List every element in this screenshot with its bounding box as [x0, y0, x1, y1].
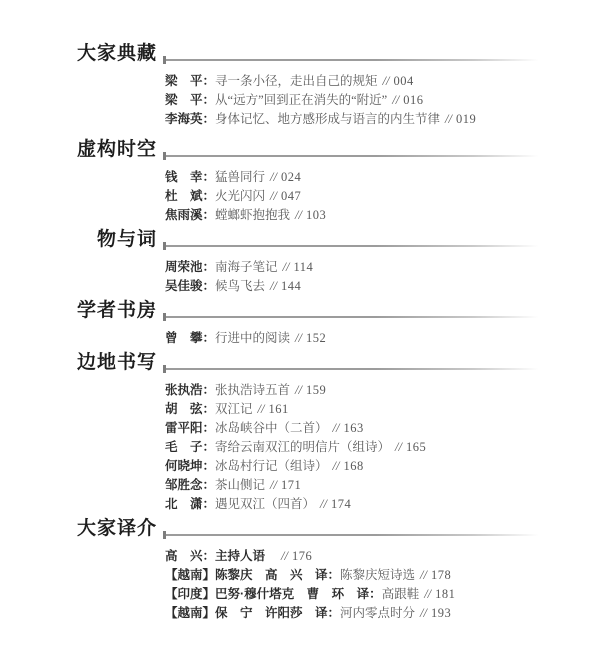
- entry-colon: ：: [203, 260, 216, 274]
- entry-separator: //: [445, 112, 452, 126]
- entry-colon: ：: [369, 587, 382, 601]
- entry-title: 寄给云南双江的明信片（组诗）: [215, 440, 390, 454]
- entry-title: 候鸟飞去: [215, 279, 265, 293]
- entry-author: 邹胜念: [165, 478, 203, 492]
- entry-page-number: 181: [435, 587, 455, 601]
- section-heading-row: 物与词: [75, 229, 607, 250]
- entry-colon: ：: [203, 383, 216, 397]
- toc-entry: 梁 平：从“远方”回到正在消失的“附近”//016: [165, 91, 607, 110]
- entry-title: 主持人语: [215, 549, 265, 563]
- entry-author: 雷平阳: [165, 421, 203, 435]
- entry-title: 南海子笔记: [215, 260, 278, 274]
- toc-entry: 何晓坤：冰岛村行记（组诗）//168: [165, 457, 607, 476]
- entry-page-number: 168: [344, 459, 364, 473]
- entry-colon: ：: [203, 170, 216, 184]
- section-heading-row: 边地书写: [75, 352, 607, 373]
- entry-page-number: 193: [431, 606, 451, 620]
- toc-entry: 高 兴：主持人语//176: [165, 547, 607, 566]
- entry-author: 北 潇: [165, 497, 203, 511]
- entry-title: 行进中的阅读: [215, 331, 290, 345]
- entry-separator: //: [270, 478, 277, 492]
- section-heading: 物与词: [75, 229, 157, 250]
- entry-author: 高 兴: [165, 549, 203, 563]
- section-heading-row: 大家典藏: [75, 43, 607, 64]
- entry-author: 李海英: [165, 112, 203, 126]
- entry-author: 梁 平: [165, 93, 203, 107]
- entry-separator: //: [283, 260, 290, 274]
- toc-entry: 【印度】巴努·穆什塔克 曹 环 译：高跟鞋//181: [165, 585, 607, 604]
- toc-entry: 【越南】保 宁 许阳莎 译：河内零点时分//193: [165, 604, 607, 623]
- toc-entry: 毛 子：寄给云南双江的明信片（组诗）//165: [165, 438, 607, 457]
- entry-separator: //: [281, 549, 288, 563]
- entry-colon: ：: [203, 497, 216, 511]
- entry-colon: ：: [203, 331, 216, 345]
- entry-page-number: 019: [456, 112, 476, 126]
- entry-separator: //: [395, 440, 402, 454]
- entry-page-number: 144: [281, 279, 301, 293]
- section-heading: 虚构时空: [75, 139, 157, 160]
- toc-entry: 钱 幸：猛兽同行//024: [165, 168, 607, 187]
- entry-author: 【印度】巴努·穆什塔克 曹 环 译: [165, 587, 369, 601]
- toc-entry: 胡 弦：双江记//161: [165, 400, 607, 419]
- entry-page-number: 163: [344, 421, 364, 435]
- toc-entry: 杜 斌：火光闪闪//047: [165, 187, 607, 206]
- section-entry-list: 高 兴：主持人语//176【越南】陈黎庆 高 兴 译：陈黎庆短诗选//178【印…: [75, 547, 607, 623]
- section-entry-list: 梁 平：寻一条小径，走出自己的规矩//004梁 平：从“远方”回到正在消失的“附…: [75, 72, 607, 129]
- entry-page-number: 103: [306, 208, 326, 222]
- section-heading: 大家典藏: [75, 43, 157, 64]
- toc-entry: 曾 攀：行进中的阅读//152: [165, 329, 607, 348]
- section-heading: 大家译介: [75, 518, 157, 539]
- section-entry-list: 张执浩：张执浩诗五首//159胡 弦：双江记//161雷平阳：冰岛峡谷中（二首）…: [75, 381, 607, 514]
- entry-colon: ：: [203, 93, 216, 107]
- section-entry-list: 周荣池：南海子笔记//114吴佳骏：候鸟飞去//144: [75, 258, 607, 296]
- toc-section: 边地书写张执浩：张执浩诗五首//159胡 弦：双江记//161雷平阳：冰岛峡谷中…: [75, 352, 607, 514]
- toc-entry: 北 潇：遇见双江（四首）//174: [165, 495, 607, 514]
- entry-colon: ：: [203, 279, 216, 293]
- entry-author: 毛 子: [165, 440, 203, 454]
- entry-author: 何晓坤: [165, 459, 203, 473]
- entry-separator: //: [295, 331, 302, 345]
- entry-page-number: 016: [403, 93, 423, 107]
- entry-separator: //: [270, 170, 277, 184]
- entry-title: 陈黎庆短诗选: [340, 568, 415, 582]
- toc-section: 大家典藏梁 平：寻一条小径，走出自己的规矩//004梁 平：从“远方”回到正在消…: [75, 43, 607, 129]
- section-heading-row: 大家译介: [75, 518, 607, 539]
- entry-title: 茶山侧记: [215, 478, 265, 492]
- entry-separator: //: [383, 74, 390, 88]
- entry-author: 曾 攀: [165, 331, 203, 345]
- section-rule: [163, 59, 550, 61]
- entry-title: 猛兽同行: [215, 170, 265, 184]
- entry-separator: //: [392, 93, 399, 107]
- entry-author: 焦雨溪: [165, 208, 203, 222]
- section-rule: [163, 155, 550, 157]
- entry-page-number: 004: [394, 74, 414, 88]
- entry-author: 【越南】保 宁 许阳莎 译: [165, 606, 328, 620]
- entry-title: 螳螂虾抱抱我: [215, 208, 290, 222]
- entry-title: 双江记: [215, 402, 253, 416]
- entry-title: 寻一条小径，走出自己的规矩: [215, 74, 378, 88]
- entry-colon: ：: [203, 74, 216, 88]
- entry-page-number: 174: [331, 497, 351, 511]
- entry-author: 周荣池: [165, 260, 203, 274]
- entry-separator: //: [333, 421, 340, 435]
- entry-separator: //: [333, 459, 340, 473]
- entry-title: 身体记忆、地方感形成与语言的内生节律: [215, 112, 440, 126]
- toc-entry: 周荣池：南海子笔记//114: [165, 258, 607, 277]
- entry-page-number: 024: [281, 170, 301, 184]
- entry-colon: ：: [203, 421, 216, 435]
- entry-title: 河内零点时分: [340, 606, 415, 620]
- entry-separator: //: [295, 208, 302, 222]
- entry-separator: //: [295, 383, 302, 397]
- section-rule: [163, 534, 550, 536]
- toc-entry: 【越南】陈黎庆 高 兴 译：陈黎庆短诗选//178: [165, 566, 607, 585]
- entry-page-number: 178: [431, 568, 451, 582]
- section-rule: [163, 368, 550, 370]
- toc-section: 虚构时空钱 幸：猛兽同行//024杜 斌：火光闪闪//047焦雨溪：螳螂虾抱抱我…: [75, 139, 607, 225]
- entry-colon: ：: [203, 112, 216, 126]
- entry-colon: ：: [203, 402, 216, 416]
- entry-separator: //: [270, 279, 277, 293]
- toc-entry: 吴佳骏：候鸟飞去//144: [165, 277, 607, 296]
- section-rule: [163, 316, 550, 318]
- magazine-toc-page: 大家典藏梁 平：寻一条小径，走出自己的规矩//004梁 平：从“远方”回到正在消…: [0, 0, 607, 670]
- entry-colon: ：: [203, 440, 216, 454]
- entry-page-number: 161: [269, 402, 289, 416]
- entry-page-number: 176: [292, 549, 312, 563]
- entry-page-number: 159: [306, 383, 326, 397]
- entry-separator: //: [424, 587, 431, 601]
- entry-title: 高跟鞋: [382, 587, 420, 601]
- section-entry-list: 曾 攀：行进中的阅读//152: [75, 329, 607, 348]
- toc-entry: 雷平阳：冰岛峡谷中（二首）//163: [165, 419, 607, 438]
- entry-title: 冰岛峡谷中（二首）: [215, 421, 328, 435]
- table-of-contents: 大家典藏梁 平：寻一条小径，走出自己的规矩//004梁 平：从“远方”回到正在消…: [0, 0, 607, 623]
- section-heading-row: 虚构时空: [75, 139, 607, 160]
- entry-separator: //: [270, 189, 277, 203]
- entry-author: 钱 幸: [165, 170, 203, 184]
- section-rule: [163, 245, 550, 247]
- entry-author: 吴佳骏: [165, 279, 203, 293]
- section-entry-list: 钱 幸：猛兽同行//024杜 斌：火光闪闪//047焦雨溪：螳螂虾抱抱我//10…: [75, 168, 607, 225]
- entry-separator: //: [320, 497, 327, 511]
- entry-title: 遇见双江（四首）: [215, 497, 315, 511]
- entry-separator: //: [420, 568, 427, 582]
- entry-colon: ：: [203, 549, 216, 563]
- entry-title: 火光闪闪: [215, 189, 265, 203]
- entry-colon: ：: [203, 478, 216, 492]
- toc-section: 学者书房曾 攀：行进中的阅读//152: [75, 300, 607, 348]
- entry-page-number: 165: [406, 440, 426, 454]
- toc-entry: 张执浩：张执浩诗五首//159: [165, 381, 607, 400]
- entry-title: 张执浩诗五首: [215, 383, 290, 397]
- entry-title: 从“远方”回到正在消失的“附近”: [215, 93, 387, 107]
- entry-colon: ：: [203, 208, 216, 222]
- toc-entry: 李海英：身体记忆、地方感形成与语言的内生节律//019: [165, 110, 607, 129]
- section-heading: 边地书写: [75, 352, 157, 373]
- entry-colon: ：: [203, 189, 216, 203]
- entry-separator: //: [258, 402, 265, 416]
- toc-section: 物与词周荣池：南海子笔记//114吴佳骏：候鸟飞去//144: [75, 229, 607, 296]
- entry-author: 张执浩: [165, 383, 203, 397]
- toc-section: 大家译介高 兴：主持人语//176【越南】陈黎庆 高 兴 译：陈黎庆短诗选//1…: [75, 518, 607, 623]
- entry-author: 梁 平: [165, 74, 203, 88]
- entry-colon: ：: [203, 459, 216, 473]
- entry-page-number: 152: [306, 331, 326, 345]
- entry-page-number: 171: [281, 478, 301, 492]
- entry-colon: ：: [328, 606, 341, 620]
- section-heading-row: 学者书房: [75, 300, 607, 321]
- entry-page-number: 047: [281, 189, 301, 203]
- toc-entry: 梁 平：寻一条小径，走出自己的规矩//004: [165, 72, 607, 91]
- section-heading: 学者书房: [75, 300, 157, 321]
- toc-entry: 邹胜念：茶山侧记//171: [165, 476, 607, 495]
- entry-colon: ：: [328, 568, 341, 582]
- entry-title: 冰岛村行记（组诗）: [215, 459, 328, 473]
- entry-author: 杜 斌: [165, 189, 203, 203]
- entry-author: 胡 弦: [165, 402, 203, 416]
- toc-entry: 焦雨溪：螳螂虾抱抱我//103: [165, 206, 607, 225]
- entry-page-number: 114: [294, 260, 314, 274]
- entry-separator: //: [420, 606, 427, 620]
- entry-author: 【越南】陈黎庆 高 兴 译: [165, 568, 328, 582]
